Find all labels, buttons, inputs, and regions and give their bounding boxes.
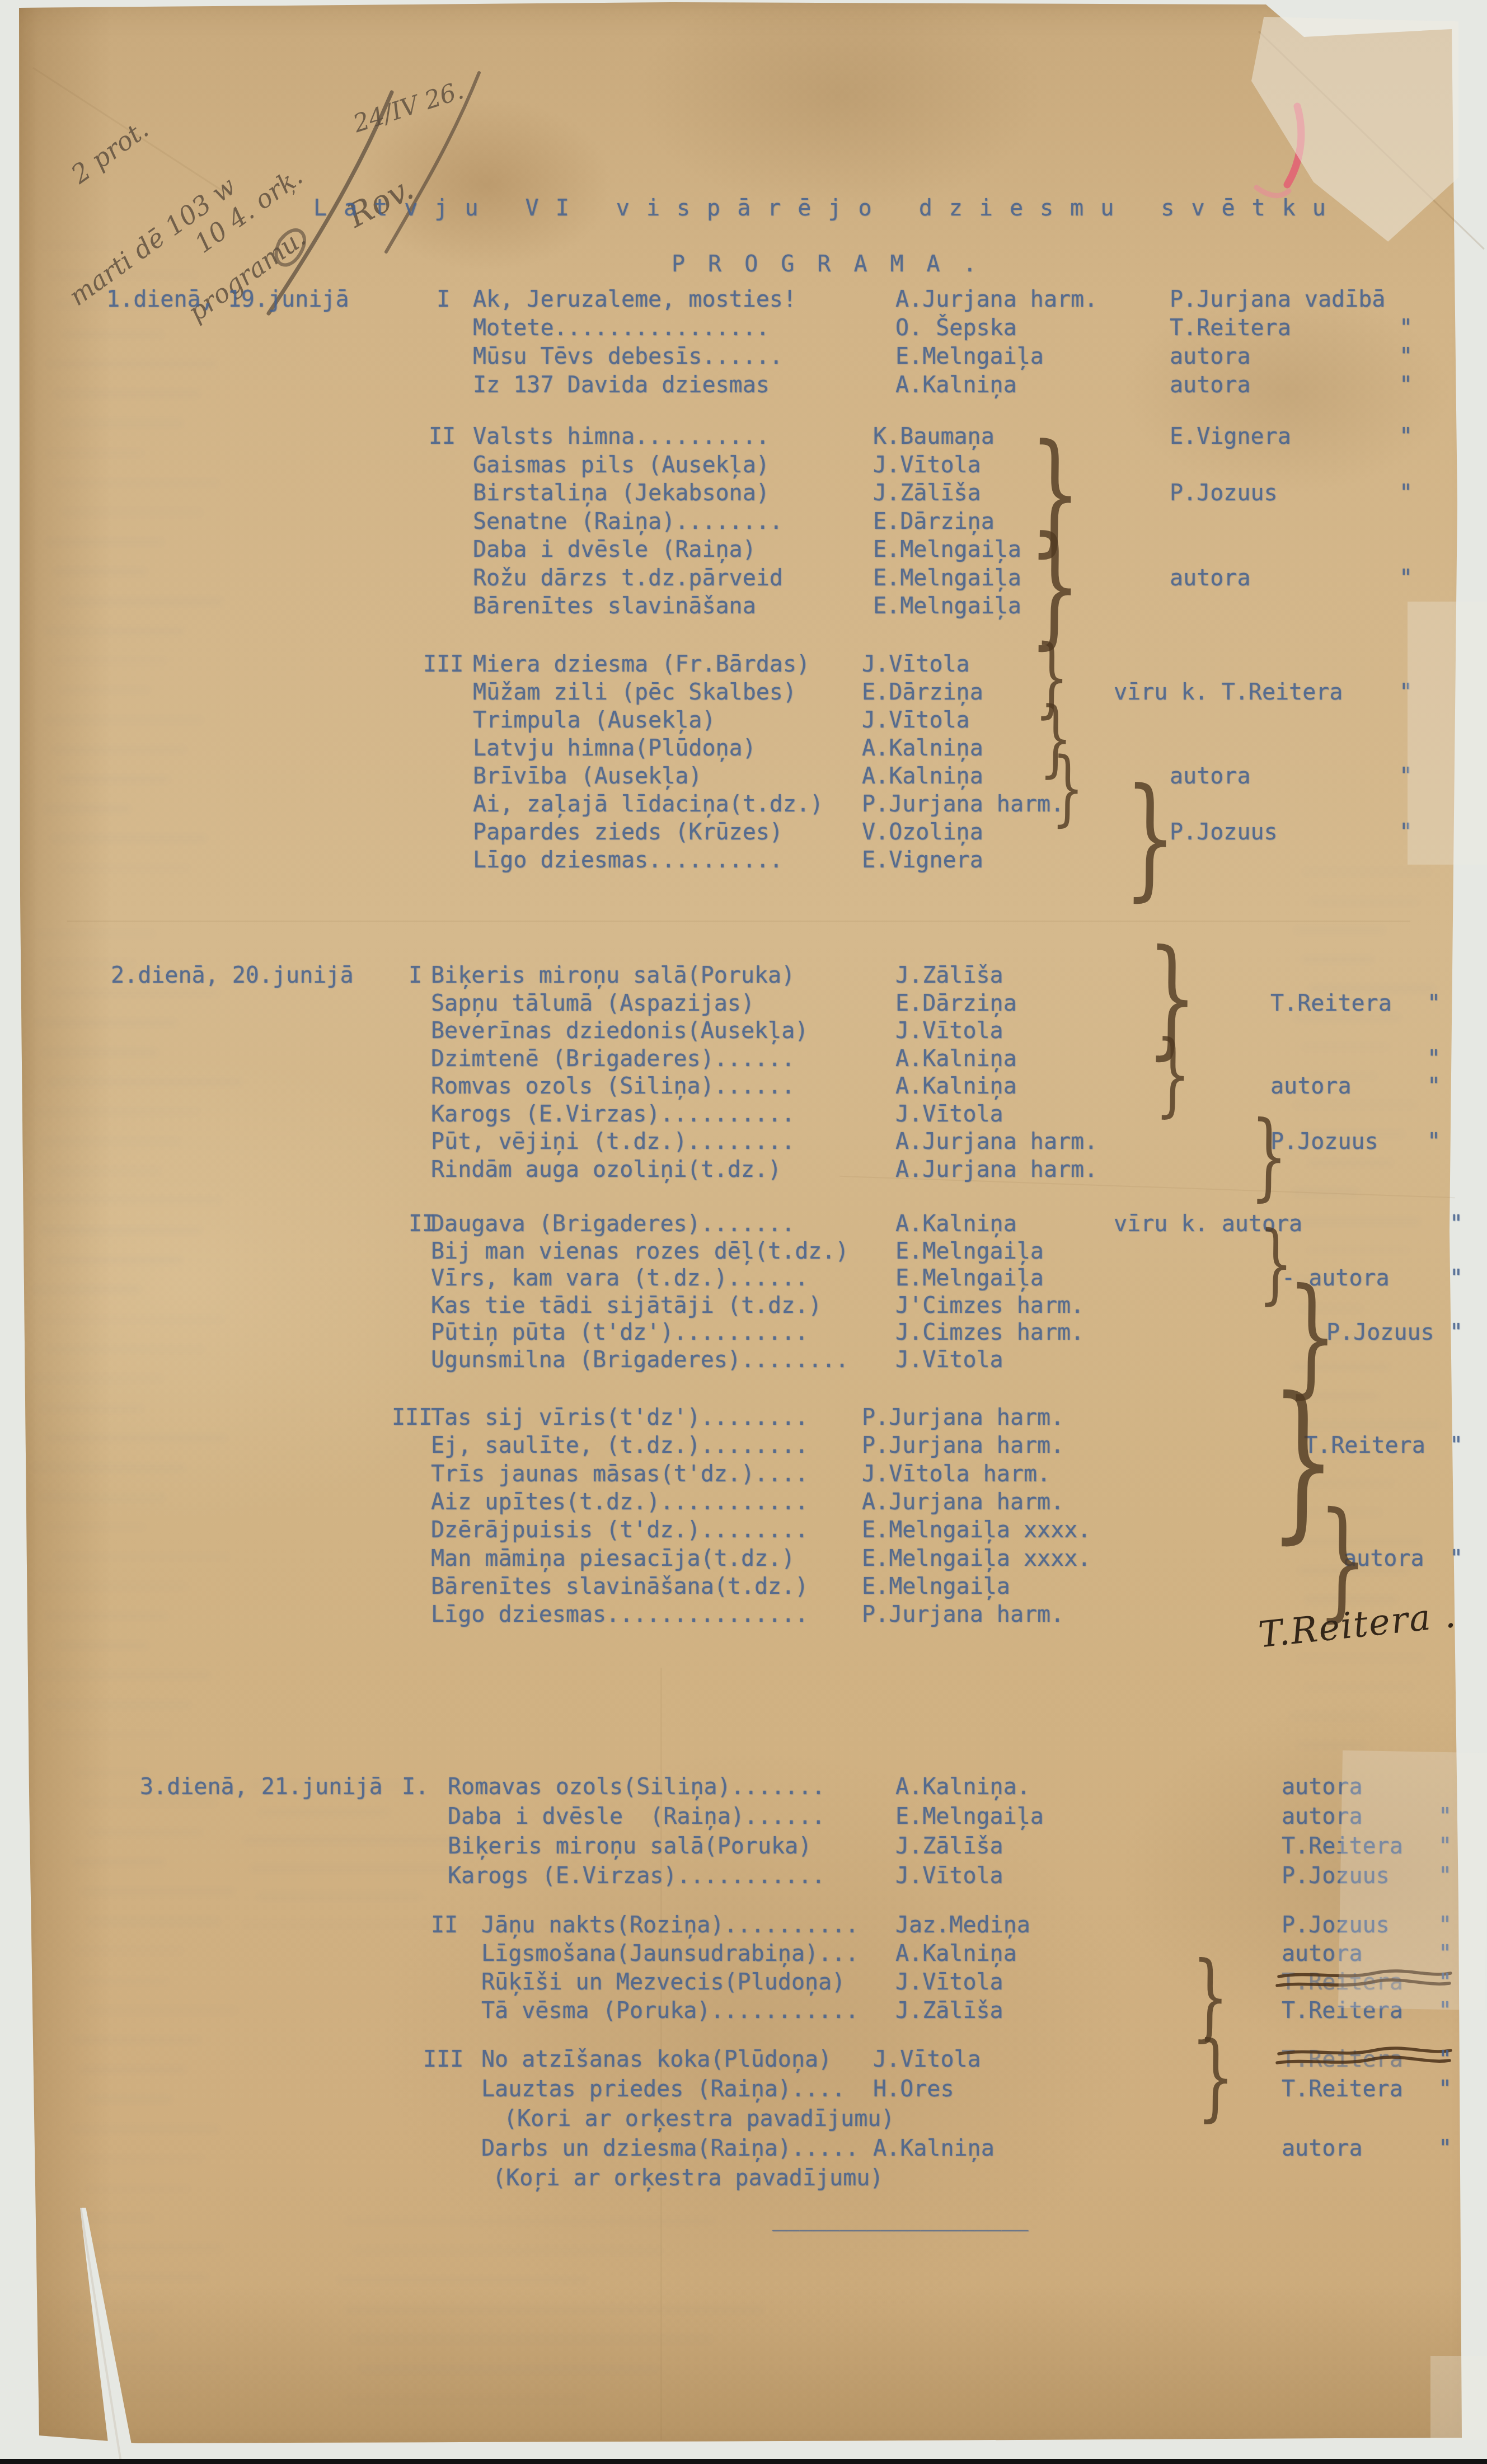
ghost-text-line bbox=[33, 1107, 201, 1116]
ghost-text-line bbox=[31, 1463, 186, 1472]
composer-name: V.Ozoliņa bbox=[862, 821, 983, 843]
ditto-mark: " bbox=[1450, 1547, 1463, 1570]
song-title: Trimpula (Ausekļa) bbox=[473, 709, 715, 731]
ghost-text-line bbox=[51, 745, 187, 754]
composer-name: E.Melngaiļa bbox=[873, 567, 1021, 589]
conductor-name: autora bbox=[1170, 765, 1251, 787]
ghost-text-line bbox=[86, 2006, 239, 2015]
ghost-text-line bbox=[44, 1700, 191, 1710]
song-title: Tā vēsma (Poruka)........... bbox=[481, 2000, 859, 2022]
song-title: Bārenītes slavināšana bbox=[473, 595, 756, 617]
ghost-text-line bbox=[43, 804, 132, 814]
song-title: Daugava (Brigaderes)....... bbox=[431, 1213, 795, 1235]
song-title: Vīrs, kam vara (t.dz.)...... bbox=[431, 1267, 808, 1289]
composer-name: Jaz.Mediņa bbox=[895, 1914, 1030, 1936]
song-title: Biķeris miroņu salā(Poruka) bbox=[448, 1835, 811, 1857]
composer-name: J.Vītola bbox=[873, 2048, 981, 2071]
composer-name: E.Dārziņa bbox=[862, 681, 983, 703]
ghost-text-line bbox=[1303, 1682, 1414, 1692]
song-title: Latvju himna(Plūdoņa) bbox=[473, 737, 756, 759]
ghost-text-line bbox=[71, 2035, 202, 2045]
ghost-text-line bbox=[1292, 1100, 1418, 1110]
song-title: Līgo dziesmas............... bbox=[431, 1603, 808, 1626]
ghost-text-line bbox=[73, 1768, 148, 1778]
composer-name: A.Kalniņa bbox=[895, 1942, 1017, 1965]
section-numeral: I. bbox=[402, 1776, 429, 1798]
composer-name: A.Jurjana harm. bbox=[895, 1130, 1097, 1153]
conductor-name: autora bbox=[1270, 1075, 1352, 1097]
ghost-text-line bbox=[40, 1226, 203, 1235]
song-title: Rūķīši un Mezvecis(Pludoņa) bbox=[481, 1971, 845, 1993]
ghost-text-line bbox=[1296, 1653, 1425, 1663]
composer-name: P.Jurjana harm. bbox=[862, 1434, 1064, 1457]
ghost-text-line bbox=[46, 1433, 228, 1443]
song-title: Dzērājpuisis (t'dz.)........ bbox=[431, 1519, 808, 1541]
song-title: Mūsu Tēvs debesīs...... bbox=[473, 345, 783, 368]
ghost-text-line bbox=[31, 1374, 164, 1383]
ghost-text-line bbox=[37, 1670, 211, 1680]
composer-name: J.Vītola bbox=[862, 653, 970, 675]
composer-name: E.Melngaiļa xxxx. bbox=[862, 1547, 1091, 1570]
composer-name: J.Zālīša bbox=[895, 964, 1003, 987]
song-title: Daba i dvēsle (Raiņa) bbox=[473, 538, 756, 561]
ghost-text-line bbox=[39, 1315, 226, 1324]
song-title: Rožu dārzs t.dz.pārveid bbox=[473, 567, 783, 589]
ghost-text-line bbox=[38, 1493, 166, 1502]
ghost-text-line bbox=[256, 1892, 422, 1901]
ghost-text-line bbox=[59, 597, 224, 606]
day-date-label: 3.dienā, 21.junijā bbox=[140, 1776, 382, 1798]
ditto-mark: " bbox=[1438, 2048, 1452, 2071]
song-title: Valsts himna.......... bbox=[473, 425, 770, 448]
ghost-text-line bbox=[50, 834, 208, 843]
song-title: Senatne (Raiņa)........ bbox=[473, 510, 783, 533]
song-title: Jāņu nakts(Roziņa).......... bbox=[481, 1914, 859, 1936]
brace-mark: } bbox=[1123, 771, 1177, 904]
ditto-mark: " bbox=[1399, 374, 1413, 396]
ghost-text-line bbox=[77, 2332, 157, 2341]
composer-name: A.Kalniņa bbox=[895, 1213, 1017, 1235]
section-numeral: III bbox=[392, 1406, 432, 1429]
brace-mark: } bbox=[1155, 1029, 1192, 1120]
composer-name: E.Melngaiļa bbox=[873, 595, 1021, 617]
document-subtitle: PROGRAMA. bbox=[672, 253, 1000, 275]
ghost-text-line bbox=[51, 1730, 172, 1739]
ghost-text-line bbox=[45, 448, 145, 458]
ditto-mark: " bbox=[1427, 1075, 1441, 1097]
divider-line: ___________________ bbox=[772, 2207, 1029, 2230]
ditto-mark: " bbox=[1399, 317, 1413, 339]
composer-name: J.Vītola bbox=[895, 1865, 1003, 1887]
ghost-text-line bbox=[49, 988, 221, 998]
composer-name: O. Šepska bbox=[895, 317, 1017, 339]
section-numeral: I bbox=[409, 964, 422, 987]
song-title: (Kori ar orķestra pavadījumu) bbox=[504, 2108, 894, 2130]
tape-patch-right-middle bbox=[1408, 602, 1487, 865]
ghost-text-line bbox=[87, 1917, 221, 1926]
ghost-text-line bbox=[241, 1919, 515, 1929]
conductor-name: P.Jurjana vadībā bbox=[1170, 288, 1385, 311]
song-title: Līgo dziesmas.......... bbox=[473, 849, 783, 871]
conductor-name: P.Jozuus bbox=[1170, 821, 1278, 843]
ditto-mark: " bbox=[1399, 425, 1413, 448]
brace-mark: } bbox=[1197, 2029, 1235, 2124]
section-numeral: III bbox=[423, 2048, 463, 2071]
song-title: Sapņu tālumā (Aspazijas) bbox=[431, 992, 754, 1015]
ghost-text-line bbox=[343, 2305, 765, 2315]
ghost-text-line bbox=[72, 1946, 184, 1956]
ghost-text-line bbox=[79, 1887, 236, 1897]
ghost-text-line bbox=[69, 2391, 190, 2401]
composer-name: P.Jurjana harm. bbox=[862, 1406, 1064, 1429]
song-title: Motete................ bbox=[473, 317, 770, 339]
conductor-name: vīru k. T.Reitera bbox=[1114, 681, 1343, 703]
song-title: Papardes zieds (Krūzes) bbox=[473, 821, 783, 843]
ghost-text-line bbox=[48, 1166, 162, 1176]
ditto-mark: " bbox=[1450, 1321, 1463, 1344]
song-title: Daba i dvēsle (Raiņa)...... bbox=[448, 1805, 825, 1828]
ditto-mark: " bbox=[1438, 2137, 1452, 2160]
brace-mark: } bbox=[1051, 747, 1084, 829]
ghost-text-line bbox=[351, 2246, 663, 2255]
composer-name: E.Melngaiļa bbox=[862, 1575, 1010, 1598]
song-title: Karogs (E.Virzas)........... bbox=[448, 1865, 825, 1887]
conductor-name: E.Vignera bbox=[1170, 425, 1291, 448]
composer-name: A.Jurjana harm. bbox=[895, 1158, 1097, 1181]
ghost-text-line bbox=[52, 567, 148, 576]
section-numeral: I bbox=[437, 288, 450, 311]
ghost-text-line bbox=[39, 1404, 144, 1413]
composer-name: J.Zālīša bbox=[895, 2000, 1003, 2022]
ghost-text-line bbox=[77, 2243, 223, 2252]
composer-name: J.Vītola bbox=[895, 1020, 1003, 1042]
ghost-text-line bbox=[78, 2154, 205, 2163]
composer-name: P.Jurjana harm. bbox=[862, 1603, 1064, 1626]
song-title: Rindām auga ozoliņi(t.dz.) bbox=[431, 1158, 781, 1181]
composer-name: A.Kalniņa bbox=[862, 765, 983, 787]
song-title: Ej, saulīte, (t.dz.)........ bbox=[431, 1434, 808, 1457]
ghost-text-line bbox=[44, 626, 185, 636]
song-title: Mūžam zili (pēc Skalbes) bbox=[473, 681, 796, 703]
ghost-text-line bbox=[85, 2184, 191, 2193]
song-title: Gaismas pils (Ausekļa) bbox=[473, 454, 770, 476]
song-title: Romvas ozols (Siliņa)...... bbox=[431, 1075, 795, 1097]
song-title: Ai, zaļajā līdaciņa(t.dz.) bbox=[473, 793, 823, 815]
composer-name: E.Melngaiļa xxxx. bbox=[862, 1519, 1091, 1541]
composer-name: E.Melngaiļa bbox=[895, 1805, 1044, 1828]
ditto-mark: " bbox=[1450, 1434, 1463, 1457]
song-title: Pūt, vējiņi (t.dz.)........ bbox=[431, 1130, 795, 1153]
ghost-text-line bbox=[58, 775, 171, 784]
ditto-mark: " bbox=[1427, 1130, 1441, 1153]
ditto-mark: " bbox=[1427, 992, 1441, 1015]
song-title: Man māmiņa piesacīja(t.dz.) bbox=[431, 1547, 795, 1570]
conductor-name: autora bbox=[1282, 2137, 1363, 2160]
ghost-text-line bbox=[41, 1048, 159, 1057]
composer-name: J.Zālīša bbox=[873, 482, 981, 504]
ghost-text-line bbox=[53, 1552, 231, 1561]
scan-edge-bar bbox=[0, 2459, 1487, 2464]
ghost-text-line bbox=[350, 2335, 713, 2344]
composer-name: A.Kalniņa bbox=[895, 1075, 1017, 1097]
composer-name: E.Melngaiļa bbox=[895, 1267, 1044, 1289]
ghost-text-line bbox=[1300, 1042, 1390, 1052]
composer-name: E.Dārziņa bbox=[873, 510, 995, 533]
ghost-text-line bbox=[249, 1864, 453, 1873]
conductor-name: T.Reitera bbox=[1170, 317, 1291, 339]
composer-name: A.Kalniņa bbox=[895, 374, 1017, 396]
song-title: Lauztas priedes (Raiņa).... bbox=[481, 2078, 845, 2100]
brace-mark: } bbox=[1250, 1108, 1288, 1204]
composer-name: E.Melngaiļa bbox=[895, 345, 1044, 368]
ghost-text-line bbox=[71, 2124, 220, 2134]
ghost-text-line bbox=[32, 1196, 223, 1205]
composer-name: E.Melngaiļa bbox=[873, 538, 1021, 561]
ghost-text-line bbox=[1308, 897, 1420, 906]
section-numeral: II bbox=[431, 1914, 458, 1936]
composer-name: J.Vītola harm. bbox=[862, 1463, 1050, 1485]
ghost-text-line bbox=[86, 2095, 173, 2104]
ghost-text-line bbox=[72, 1857, 166, 1867]
ditto-mark: " bbox=[1438, 2078, 1452, 2100]
song-title: No atzīšanas koka(Plūdoņa) bbox=[481, 2048, 832, 2071]
composer-name: J.Cimzes harm. bbox=[895, 1321, 1084, 1344]
ghost-text-line bbox=[40, 1137, 181, 1146]
ghost-text-line bbox=[87, 1828, 203, 1837]
composer-name: J.Zālīša bbox=[895, 1835, 1003, 1857]
ghost-text-line bbox=[1293, 926, 1386, 935]
composer-name: J.Vītola bbox=[873, 454, 981, 476]
ghost-text-line bbox=[1307, 1158, 1394, 1168]
song-title: Birstaliņa (Jekabsona) bbox=[473, 482, 770, 504]
song-title: Romavas ozols(Siliņa)....... bbox=[448, 1776, 825, 1798]
ghost-text-line bbox=[58, 863, 191, 873]
composer-name: A.Kalniņa bbox=[895, 1048, 1017, 1070]
ghost-text-line bbox=[52, 1641, 149, 1650]
ghost-text-line bbox=[85, 2273, 209, 2282]
ghost-text-line bbox=[59, 686, 151, 695]
ghost-text-line bbox=[45, 1611, 169, 1621]
conductor-name: P.Jozuus bbox=[1170, 482, 1278, 504]
song-title: Beverīnas dziedonis(Ausekļa) bbox=[431, 1020, 808, 1042]
composer-name: A.Kalniņa. bbox=[895, 1776, 1030, 1798]
song-title: Bij man vienas rozes dēļ(t.dz.) bbox=[431, 1240, 849, 1262]
song-title: Tas sij vīris(t'dz')........ bbox=[431, 1406, 808, 1429]
composer-name: J'Cimzes harm. bbox=[895, 1294, 1084, 1317]
composer-name: H.Ores bbox=[873, 2078, 954, 2100]
conductor-name: P.Jozuus bbox=[1326, 1321, 1434, 1344]
day-date-label: 2.dienā, 20.junijā bbox=[111, 964, 353, 987]
conductor-name: T.Reitera bbox=[1282, 2078, 1403, 2100]
song-title: Trīs jaunas māsas(t'dz.).... bbox=[431, 1463, 808, 1485]
conductor-name: autora bbox=[1170, 567, 1251, 589]
document-title: Latvju VI vispārējo dziesmu svētku bbox=[313, 197, 1343, 219]
ghost-text-line bbox=[78, 2065, 187, 2075]
ghost-text-line bbox=[32, 1285, 142, 1294]
conductor-name: T.Reitera bbox=[1270, 992, 1392, 1015]
section-numeral: II bbox=[429, 425, 456, 448]
ghost-text-line bbox=[47, 1255, 184, 1265]
composer-name: J.Vītola bbox=[895, 1971, 1003, 1993]
crease-line bbox=[67, 921, 1410, 922]
ghost-text-line bbox=[46, 1344, 206, 1354]
composer-name: P.Jurjana harm. bbox=[862, 793, 1064, 815]
song-title: Ugunsmilna (Brigaderes)........ bbox=[431, 1349, 849, 1371]
ditto-mark: " bbox=[1399, 482, 1413, 504]
ghost-text-line bbox=[1301, 867, 1432, 877]
ditto-mark: " bbox=[1450, 1267, 1463, 1289]
tape-patch-bottom-right bbox=[1430, 2356, 1487, 2440]
ghost-text-line bbox=[336, 2275, 588, 2285]
composer-name: A.Kalniņa bbox=[862, 737, 983, 759]
song-title: Biķeris miroņu salā(Poruka) bbox=[431, 964, 795, 987]
ghost-text-line bbox=[257, 1808, 391, 1817]
ghost-text-line bbox=[69, 2302, 172, 2312]
song-title: Aiz upītes(t.dz.)........... bbox=[431, 1491, 808, 1513]
composer-name: K.Baumaņa bbox=[873, 425, 995, 448]
composer-name: E.Vignera bbox=[862, 849, 983, 871]
ghost-text-line bbox=[60, 508, 204, 517]
ghost-text-line bbox=[1306, 1246, 1410, 1255]
ghost-text-line bbox=[79, 1976, 170, 1986]
ghost-text-line bbox=[48, 1077, 243, 1087]
conductor-name: autora bbox=[1170, 345, 1251, 368]
ghost-text-line bbox=[60, 419, 184, 428]
composer-name: J.Vītola bbox=[862, 709, 970, 731]
ghost-text-line bbox=[51, 656, 168, 665]
ghost-text-line bbox=[1296, 1740, 1368, 1750]
ghost-text-line bbox=[53, 478, 221, 487]
song-title: Dzimtenē (Brigaderes)...... bbox=[431, 1048, 795, 1070]
ghost-text-line bbox=[344, 2216, 715, 2226]
section-numeral: III bbox=[423, 653, 463, 675]
song-title: Bārenītes slavināšana(t.dz.) bbox=[431, 1575, 808, 1598]
scanned-document: 2 prot. marti dē 103 w 10 4. orķ. progra… bbox=[0, 0, 1487, 2464]
song-title: Ak, Jeruzaleme, mosties! bbox=[473, 288, 796, 311]
ghost-text-line bbox=[1288, 1711, 1380, 1721]
song-title: Līgsmošana(Jaunsudrabiņa)... bbox=[481, 1942, 859, 1965]
ghost-text-line bbox=[45, 1522, 147, 1532]
ghost-text-line bbox=[37, 1581, 189, 1591]
ditto-mark: " bbox=[1399, 567, 1413, 589]
conductor-name: autora bbox=[1170, 374, 1251, 396]
song-title: Kas tie tādi sijātāji (t.dz.) bbox=[431, 1294, 822, 1317]
ghost-text-line bbox=[358, 2364, 660, 2374]
ditto-mark: " bbox=[1399, 345, 1413, 368]
song-title: Darbs un dziesma(Raiņa)..... bbox=[481, 2137, 859, 2160]
composer-name: A.Kalniņa bbox=[873, 2137, 995, 2160]
ghost-text-line bbox=[44, 715, 204, 725]
strikethrough-mark bbox=[1276, 2044, 1455, 2073]
composer-name: E.Melngaiļa bbox=[895, 1240, 1044, 1262]
song-title: Karogs (E.Virzas).......... bbox=[431, 1103, 795, 1125]
composer-name: J.Vītola bbox=[895, 1349, 1003, 1371]
ghost-text-line bbox=[1301, 955, 1375, 964]
song-title: Miera dziesma (Fr.Bārdas) bbox=[473, 653, 810, 675]
composer-name: A.Jurjana harm. bbox=[895, 288, 1097, 311]
composer-name: A.Jurjana harm. bbox=[862, 1491, 1064, 1513]
ghost-text-line bbox=[343, 2394, 586, 2404]
song-title: (Koŗi ar orķestra pavadījumu) bbox=[492, 2167, 883, 2189]
composer-name: E.Dārziņa bbox=[895, 992, 1017, 1015]
composer-name: J.Vītola bbox=[895, 1103, 1003, 1125]
ghost-text-line bbox=[45, 537, 165, 547]
song-title: Pūtiņ pūta (t'dz').......... bbox=[431, 1321, 808, 1344]
ditto-mark: " bbox=[1427, 1048, 1441, 1070]
ditto-mark: " bbox=[1450, 1213, 1463, 1235]
song-title: Iz 137 Davida dziesmas bbox=[473, 374, 770, 396]
song-title: Brīvība (Ausekļa) bbox=[473, 765, 702, 787]
ghost-text-line bbox=[34, 1018, 179, 1027]
ghost-text-line bbox=[1299, 1217, 1421, 1226]
day-date-label: 1.dienā, 19.junijā bbox=[106, 288, 349, 311]
ghost-text-line bbox=[34, 929, 156, 938]
tape-patch-day3 bbox=[1338, 1750, 1487, 2011]
